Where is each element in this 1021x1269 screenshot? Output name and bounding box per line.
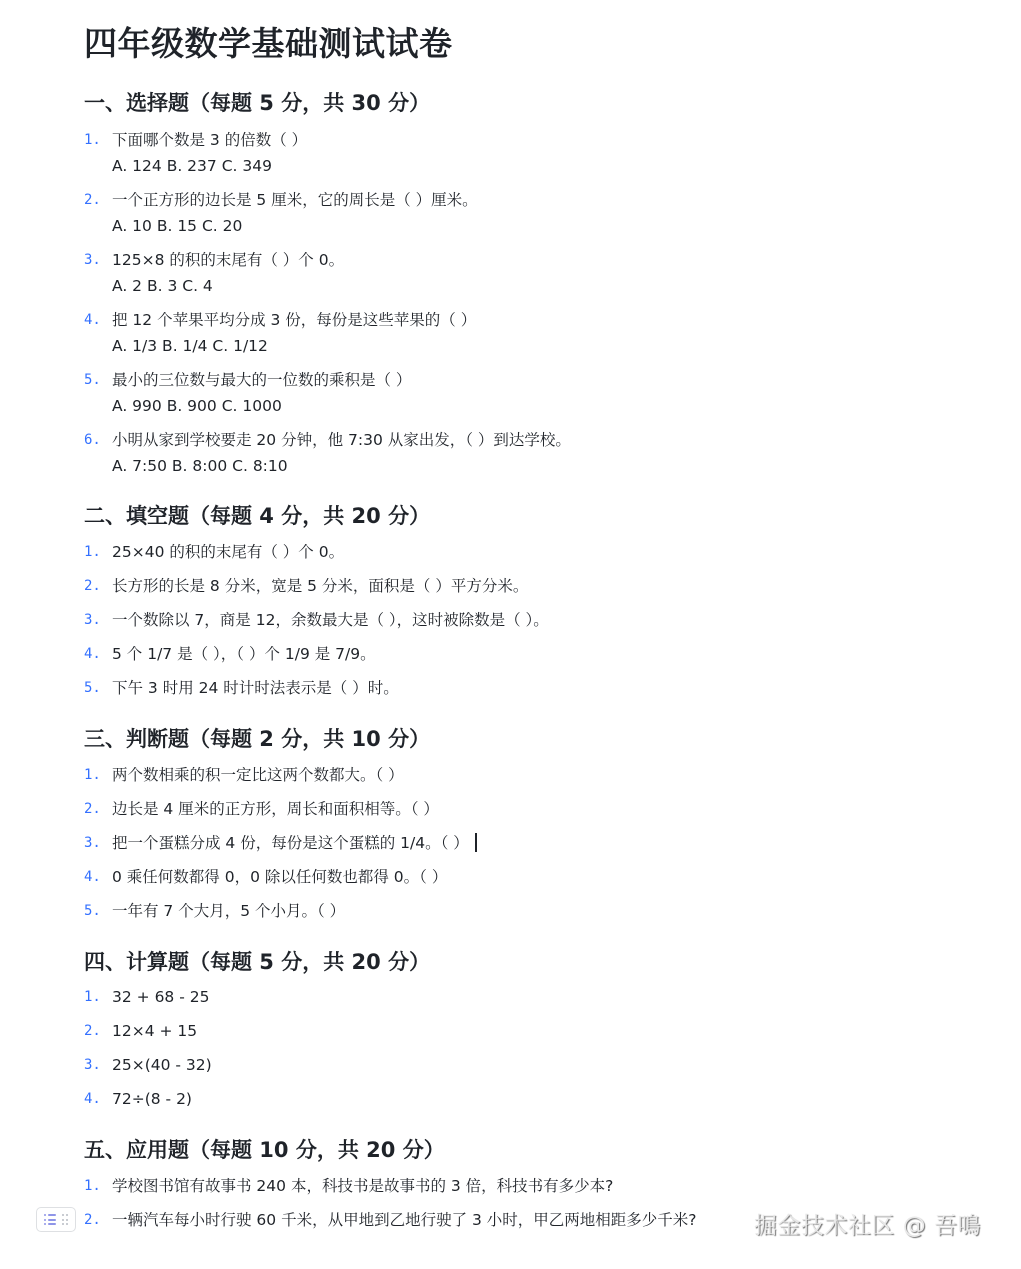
list-number: 1. [84,763,110,787]
question-options[interactable]: A. 990 B. 900 C. 1000 [112,394,282,418]
section-true-false: 三、判断题（每题 2 分，共 10 分） [84,724,430,754]
question-text[interactable]: 125×8 的积的末尾有（ ）个 0。 [112,248,344,272]
question-text[interactable]: 25×40 的积的末尾有（ ）个 0。 [112,540,344,564]
list-number: 1. [84,1174,110,1198]
section-fill-in-blank: 二、填空题（每题 4 分，共 20 分） [84,501,430,531]
block-handle[interactable] [36,1207,76,1232]
section-heading[interactable]: 二、填空题（每题 4 分，共 20 分） [84,501,430,531]
question-text-with-cursor[interactable]: 把一个蛋糕分成 4 份，每份是这个蛋糕的 1/4。（ ） [112,831,477,855]
question-text[interactable]: 把 12 个苹果平均分成 3 份，每份是这些苹果的（ ） [112,308,476,332]
list-number: 4. [84,1087,110,1111]
document-title[interactable]: 四年级数学基础测试试卷 [84,18,453,65]
question-text[interactable]: 一辆汽车每小时行驶 60 千米，从甲地到乙地行驶了 3 小时，甲乙两地相距多少千… [112,1208,697,1232]
ordered-list-icon[interactable] [44,1214,56,1225]
section-heading[interactable]: 五、应用题（每题 10 分，共 20 分） [84,1135,445,1165]
section-heading[interactable]: 四、计算题（每题 5 分，共 20 分） [84,947,430,977]
question-options[interactable]: A. 1/3 B. 1/4 C. 1/12 [112,334,268,358]
question-options[interactable]: A. 7:50 B. 8:00 C. 8:10 [112,454,288,478]
list-number: 3. [84,248,110,272]
list-number: 2. [84,188,110,212]
question-text[interactable]: 把一个蛋糕分成 4 份，每份是这个蛋糕的 1/4。（ ） [112,834,469,852]
watermark: 掘金技术社区 @ 吾鳴 [754,1207,981,1240]
question-text[interactable]: 32 + 68 - 25 [112,985,209,1009]
list-number: 5. [84,676,110,700]
list-number: 4. [84,642,110,666]
list-number: 3. [84,831,110,855]
section-calculation: 四、计算题（每题 5 分，共 20 分） [84,947,430,977]
question-text[interactable]: 一个数除以 7，商是 12，余数最大是（ ），这时被除数是（ ）。 [112,608,549,632]
question-text[interactable]: 12×4 + 15 [112,1019,197,1043]
question-options[interactable]: A. 10 B. 15 C. 20 [112,214,242,238]
list-number: 2. [84,797,110,821]
list-number: 2. [84,1019,110,1043]
question-text[interactable]: 0 乘任何数都得 0，0 除以任何数也都得 0。（ ） [112,865,447,889]
question-text[interactable]: 72÷(8 - 2) [112,1087,192,1111]
question-text[interactable]: 最小的三位数与最大的一位数的乘积是（ ） [112,368,411,392]
question-text[interactable]: 边长是 4 厘米的正方形，周长和面积相等。（ ） [112,797,439,821]
question-options[interactable]: A. 2 B. 3 C. 4 [112,274,213,298]
section-heading[interactable]: 一、选择题（每题 5 分，共 30 分） [84,88,430,118]
list-number: 3. [84,608,110,632]
question-text[interactable]: 下午 3 时用 24 时计时法表示是（ ）时。 [112,676,399,700]
question-text[interactable]: 一年有 7 个大月，5 个小月。（ ） [112,899,345,923]
question-text[interactable]: 下面哪个数是 3 的倍数（ ） [112,128,307,152]
question-options[interactable]: A. 124 B. 237 C. 349 [112,154,272,178]
section-word-problems: 五、应用题（每题 10 分，共 20 分） [84,1135,445,1165]
list-number: 2. [84,574,110,598]
text-cursor [475,833,477,852]
question-text[interactable]: 两个数相乘的积一定比这两个数都大。（ ） [112,763,404,787]
list-number: 1. [84,128,110,152]
question-text[interactable]: 5 个 1/7 是（ ），（ ）个 1/9 是 7/9。 [112,642,376,666]
list-number: 4. [84,865,110,889]
question-text[interactable]: 小明从家到学校要走 20 分钟，他 7:30 从家出发，（ ）到达学校。 [112,428,571,452]
list-number: 5. [84,368,110,392]
section-multiple-choice: 一、选择题（每题 5 分，共 30 分） [84,88,430,118]
drag-handle-icon[interactable] [62,1214,68,1225]
list-number: 3. [84,1053,110,1077]
list-number: 6. [84,428,110,452]
list-number: 1. [84,540,110,564]
question-text[interactable]: 一个正方形的边长是 5 厘米，它的周长是（ ）厘米。 [112,188,478,212]
section-heading[interactable]: 三、判断题（每题 2 分，共 10 分） [84,724,430,754]
question-text[interactable]: 25×(40 - 32) [112,1053,212,1077]
list-number: 1. [84,985,110,1009]
list-number: 2. [84,1208,110,1232]
question-text[interactable]: 学校图书馆有故事书 240 本，科技书是故事书的 3 倍，科技书有多少本? [112,1174,613,1198]
list-number: 4. [84,308,110,332]
question-text[interactable]: 长方形的长是 8 分米，宽是 5 分米，面积是（ ）平方分米。 [112,574,528,598]
list-number: 5. [84,899,110,923]
